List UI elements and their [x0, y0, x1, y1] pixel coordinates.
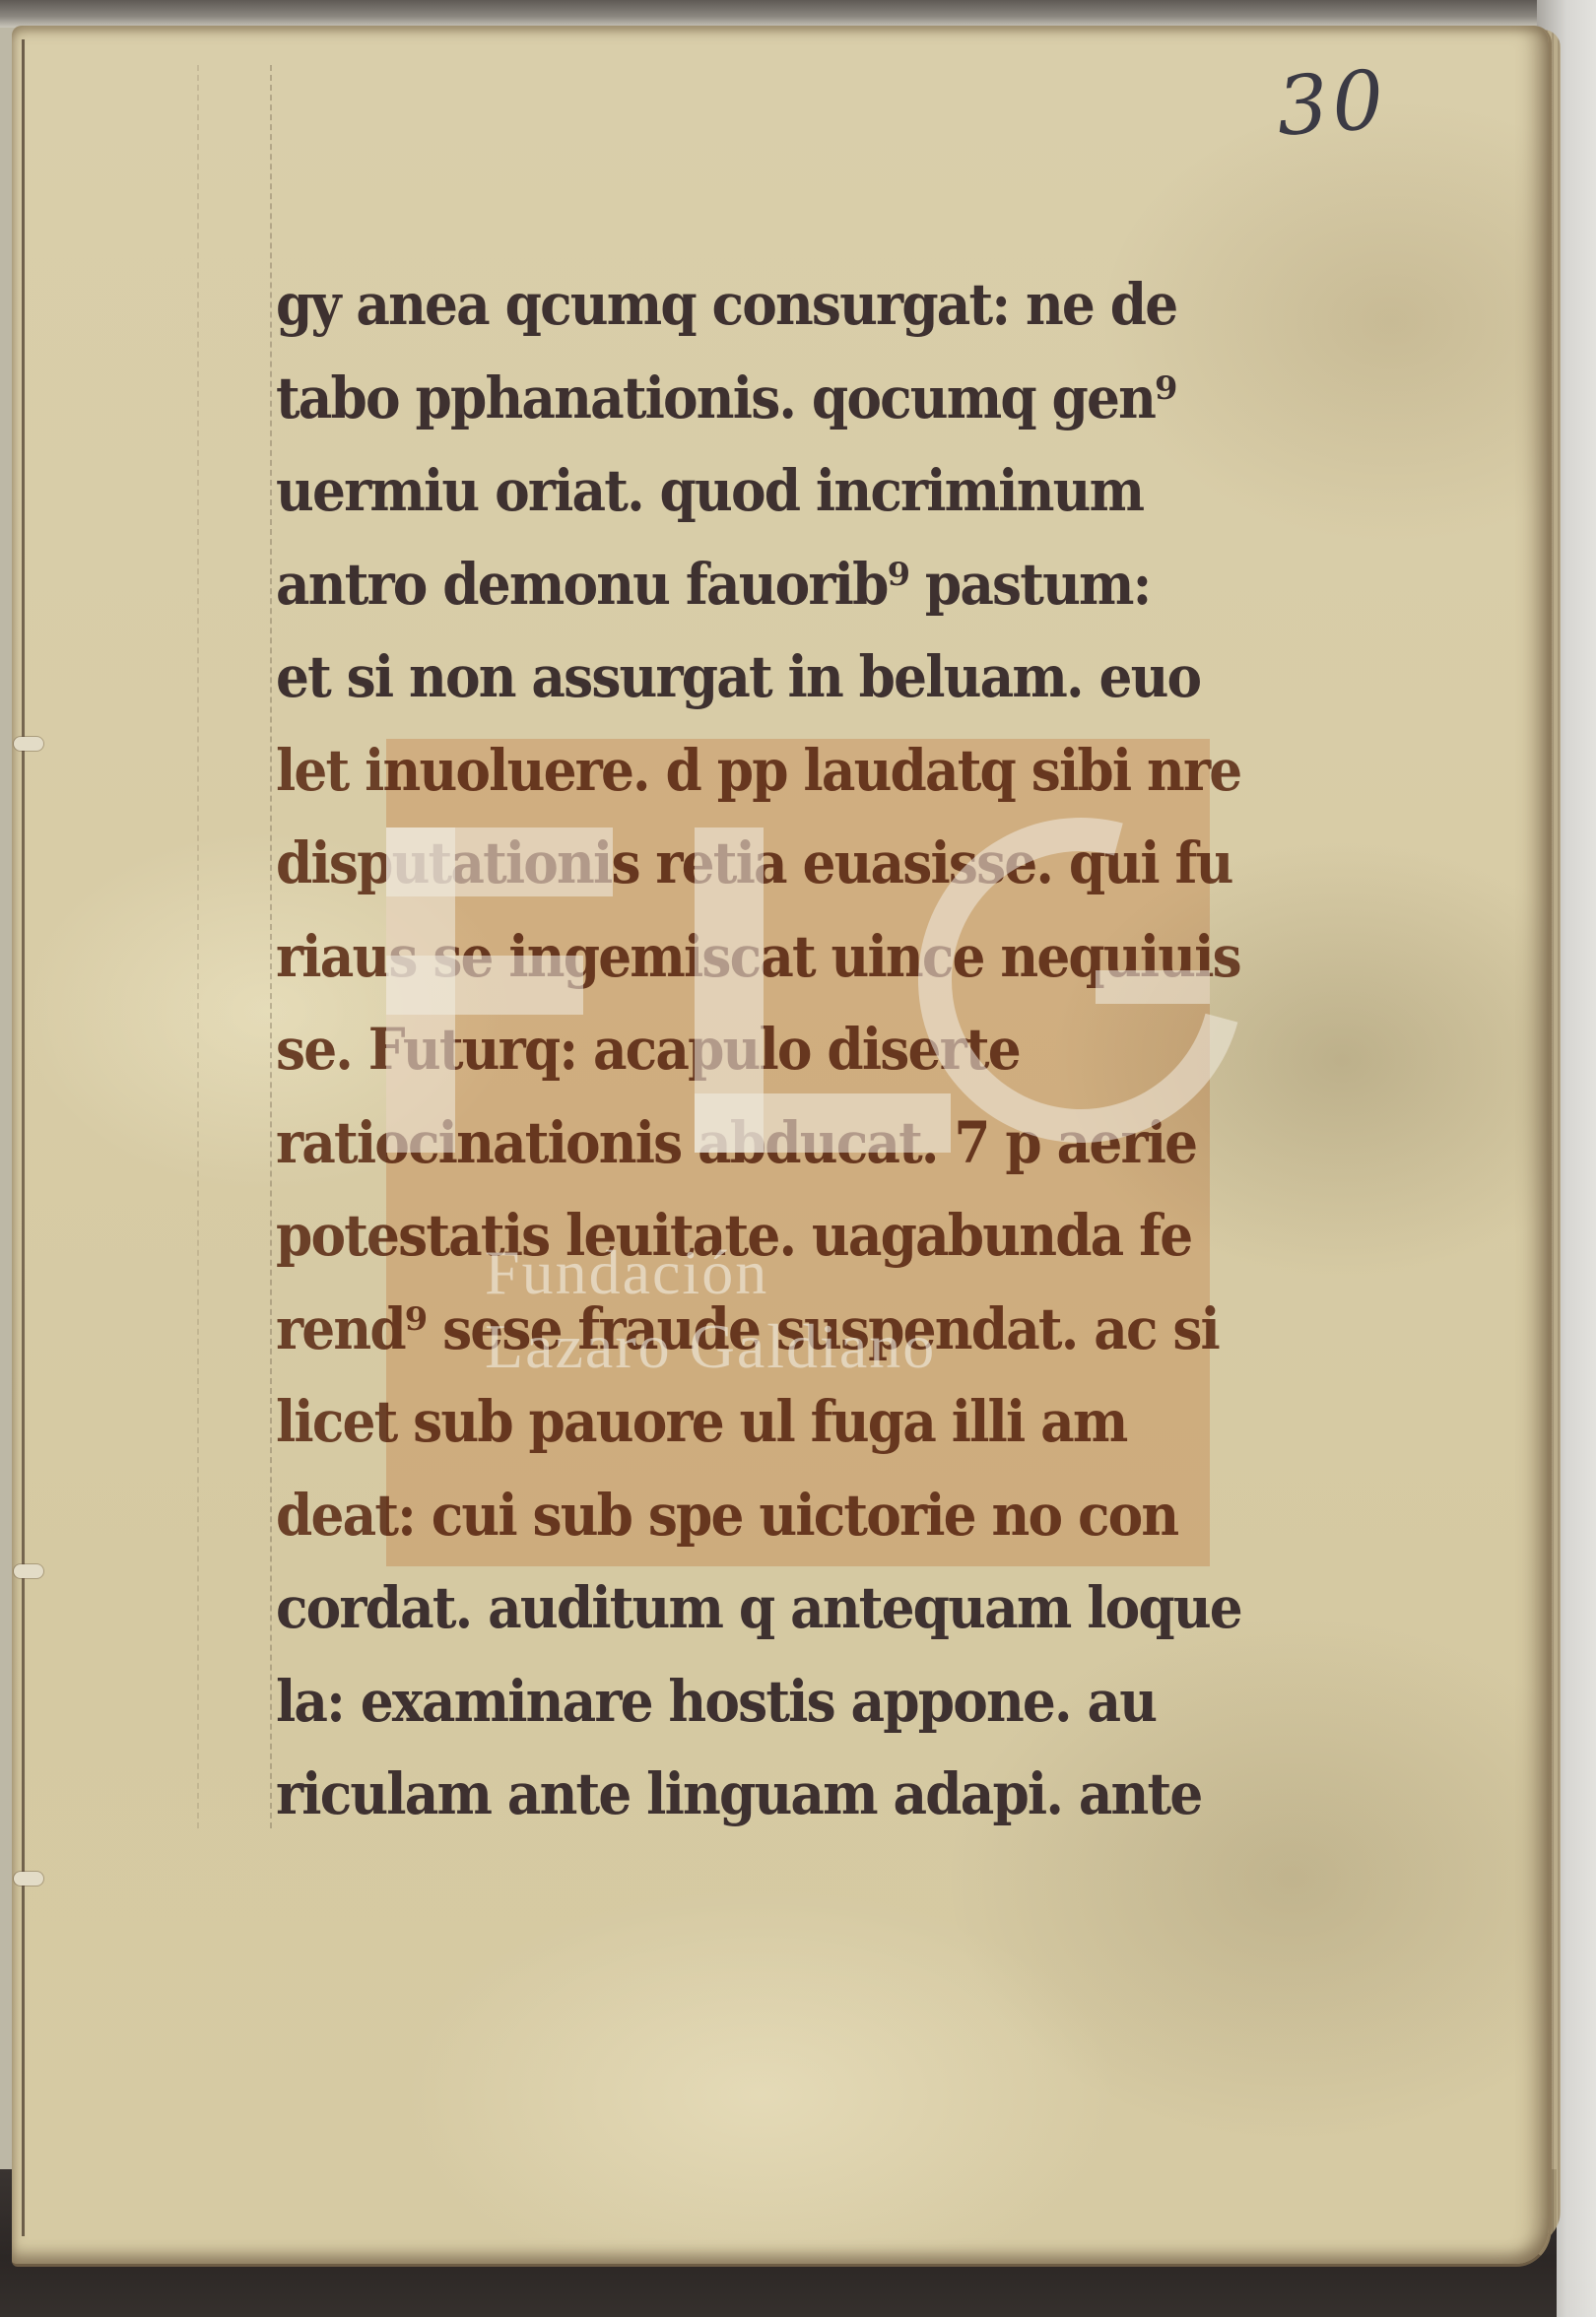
manuscript-line: riaus se ingemiscat uince nequiuis — [276, 910, 1191, 1004]
manuscript-line: antro demonu fauorib⁹ pastum: — [276, 538, 1191, 631]
manuscript-line: licet sub pauore ul fuga illi am — [276, 1375, 1191, 1469]
manuscript-line: se. Futurq: acapulo diserte — [276, 1003, 1191, 1096]
top-edge — [0, 0, 1596, 28]
binding-thread — [22, 39, 25, 2236]
manuscript-line: disputationis retia euasisse. qui fu — [276, 817, 1191, 910]
manuscript-line: let inuoluere. d pp laudatq sibi nre — [276, 724, 1191, 818]
manuscript-line: uermiu oriat. quod incriminum — [276, 444, 1191, 538]
manuscript-line: tabo pphanationis. qocumq gen⁹ — [276, 352, 1191, 445]
ruling-line-left — [270, 65, 272, 1828]
manuscript-photo: 30 gy anea qcumq consurgat: ne de tabo p… — [0, 0, 1596, 2317]
ruling-line-margin — [197, 65, 199, 1828]
manuscript-line: gy anea qcumq consurgat: ne de — [276, 258, 1191, 352]
binding-stitch — [14, 737, 43, 751]
binding-stitch — [14, 1872, 43, 1886]
manuscript-line: la: examinare hostis appone. au — [276, 1655, 1191, 1749]
manuscript-text-block: gy anea qcumq consurgat: ne de tabo ppha… — [276, 258, 1271, 1841]
manuscript-line: riculam ante linguam adapi. ante — [276, 1748, 1191, 1841]
folio-number: 30 — [1274, 53, 1391, 155]
manuscript-line: potestatis leuitate. uagabunda fe — [276, 1189, 1191, 1283]
manuscript-line: cordat. auditum q antequam loque — [276, 1561, 1191, 1655]
binding-stitch — [14, 1564, 43, 1578]
manuscript-line: deat: cui sub spe uictorie no con — [276, 1469, 1191, 1562]
manuscript-line: rend⁹ sese fraude suspendat. ac si — [276, 1283, 1191, 1376]
manuscript-line: et si non assurgat in beluam. euo — [276, 630, 1191, 724]
manuscript-line: ratiocinationis abducat. 7 p aerie — [276, 1096, 1191, 1190]
